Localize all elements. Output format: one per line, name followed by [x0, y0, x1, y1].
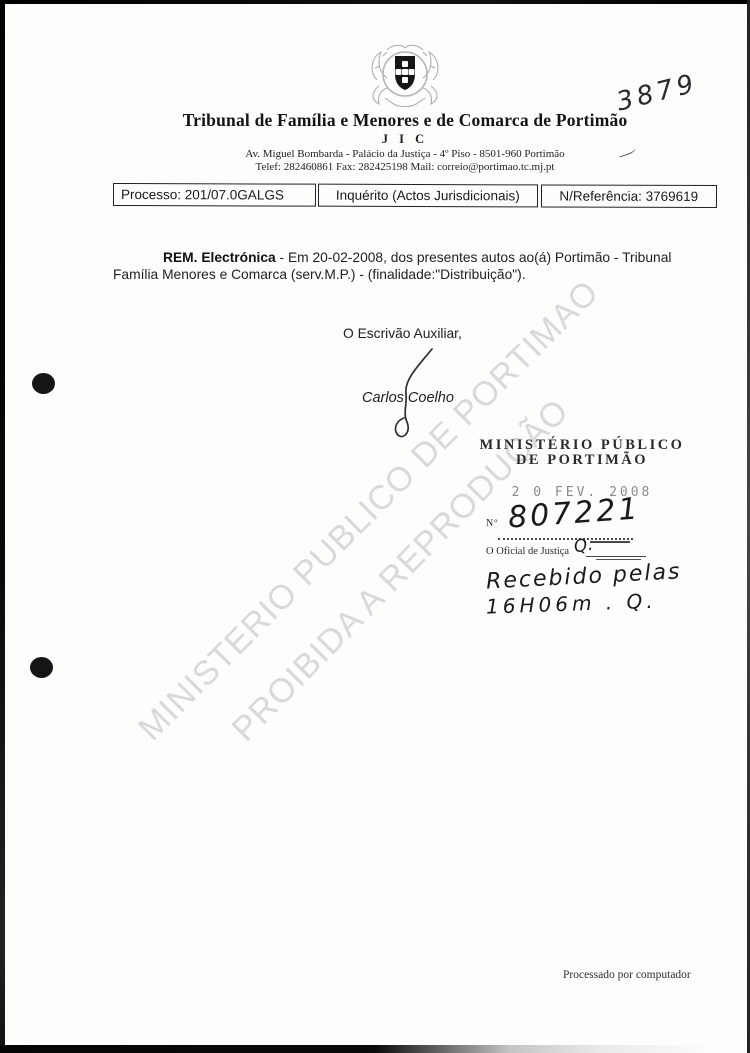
oficial-underline-2	[596, 559, 641, 560]
inquerito-cell: Inquérito (Actos Jurisdicionais)	[318, 184, 538, 208]
signer-role-label: O Escrivão Auxiliar,	[343, 326, 462, 341]
scan-edge-top	[0, 0, 750, 4]
scan-edge-bottom	[0, 1045, 750, 1053]
ministry-stamp: MINISTÉRIO PÚBLICO DE PORTIMÃO 2 0 FEV. …	[468, 438, 696, 615]
processo-cell: Processo: 201/07.0GALGS	[113, 183, 316, 207]
coat-of-arms-icon	[60, 42, 750, 110]
case-reference-bar: Processo: 201/07.0GALGS Inquérito (Actos…	[113, 183, 717, 208]
court-subtitle: J I C	[60, 132, 750, 147]
oficial-initial: Q.	[572, 535, 594, 558]
oficial-row: O Oficial de Justiça Q.	[468, 544, 696, 560]
stamp-title-line1: MINISTÉRIO PÚBLICO	[468, 438, 696, 453]
oficial-underline	[586, 556, 646, 557]
numero-underline-2	[590, 541, 630, 543]
scan-edge-left	[0, 0, 5, 1050]
referencia-cell: N/Referência: 3769619	[541, 184, 718, 208]
signature-stroke	[340, 344, 470, 444]
court-address: Av. Miguel Bombarda - Palácio da Justiça…	[60, 148, 750, 160]
punch-hole-bottom	[30, 657, 53, 678]
stamp-title-line2: DE PORTIMÃO	[468, 453, 696, 468]
scanned-document-page: MINISTERIO PUBLICO DE PORTIMAO PROIBIDA …	[0, 0, 750, 1053]
court-contacts: Telef: 282460861 Fax: 282425198 Mail: co…	[60, 161, 750, 173]
oficial-label: O Oficial de Justiça	[486, 546, 569, 557]
body-paragraph: REM. Electrónica - Em 20-02-2008, dos pr…	[113, 249, 705, 283]
numero-label: Nº	[486, 518, 498, 529]
body-lead: REM. Electrónica	[163, 250, 276, 265]
footer-note: Processado por computador	[563, 969, 691, 981]
punch-hole-top	[32, 373, 55, 394]
numero-underline	[498, 538, 633, 540]
document-header: Tribunal de Família e Menores e de Comar…	[60, 42, 750, 173]
court-title: Tribunal de Família e Menores e de Comar…	[60, 110, 750, 131]
